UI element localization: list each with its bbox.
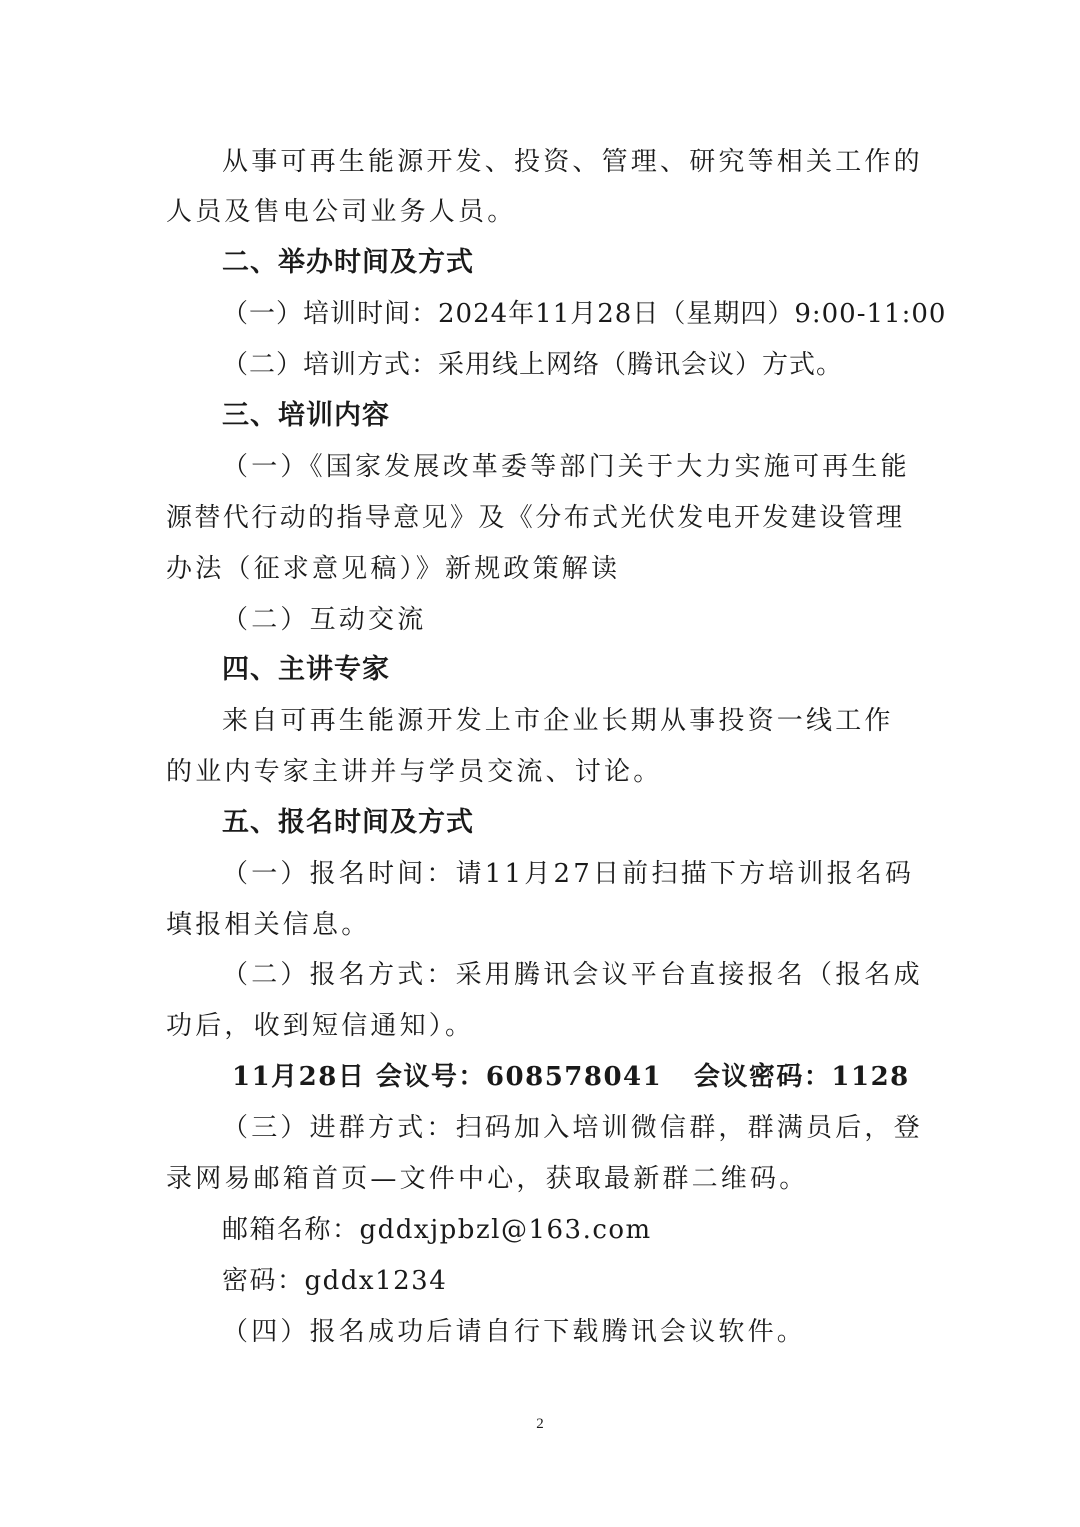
paragraph-line: 的业内专家主讲并与学员交流、讨论。 — [166, 755, 918, 789]
section-heading: 五、报名时间及方式 — [222, 806, 974, 840]
paragraph-line: （三）进群方式：扫码加入培训微信群，群满员后，登 — [222, 1111, 974, 1145]
paragraph-line: （一）《国家发展改革委等部门关于大力实施可再生能 — [222, 450, 974, 484]
paragraph-line: 来自可再生能源开发上市企业长期从事投资一线工作 — [222, 704, 974, 738]
paragraph-line: 源替代行动的指导意见》及《分布式光伏发电开发建设管理 — [166, 501, 918, 535]
paragraph-line: 办法（征求意见稿）》新规政策解读 — [166, 552, 918, 586]
paragraph-line: 填报相关信息。 — [166, 908, 918, 942]
password-line: 密码：gddx1234 — [222, 1264, 974, 1298]
paragraph-line: 功后，收到短信通知）。 — [166, 1009, 918, 1043]
paragraph-line: 从事可再生能源开发、投资、管理、研究等相关工作的 — [222, 145, 974, 179]
paragraph-line: （二）互动交流 — [222, 603, 974, 637]
email-line: 邮箱名称：gddxjpbzl@163.com — [222, 1213, 974, 1247]
document-page: 从事可再生能源开发、投资、管理、研究等相关工作的 人员及售电公司业务人员。 二、… — [0, 0, 1080, 1527]
meeting-info: 11月28日 会议号：608578041 会议密码：1128 — [232, 1060, 984, 1094]
paragraph-line: （一）报名时间：请11月27日前扫描下方培训报名码 — [222, 857, 974, 891]
section-heading: 三、培训内容 — [222, 399, 974, 433]
section-heading: 二、举办时间及方式 — [222, 246, 974, 280]
paragraph-line: （一）培训时间：2024年11月28日（星期四）9:00-11:00 — [222, 297, 974, 331]
paragraph-line: （二）报名方式：采用腾讯会议平台直接报名（报名成 — [222, 958, 974, 992]
section-heading: 四、主讲专家 — [222, 653, 974, 687]
paragraph-line: （二）培训方式：采用线上网络（腾讯会议）方式。 — [222, 348, 974, 382]
paragraph-line: 录网易邮箱首页—文件中心，获取最新群二维码。 — [166, 1162, 918, 1196]
paragraph-line: （四）报名成功后请自行下载腾讯会议软件。 — [222, 1315, 974, 1349]
paragraph-line: 人员及售电公司业务人员。 — [166, 195, 918, 229]
page-number: 2 — [0, 1416, 1080, 1433]
